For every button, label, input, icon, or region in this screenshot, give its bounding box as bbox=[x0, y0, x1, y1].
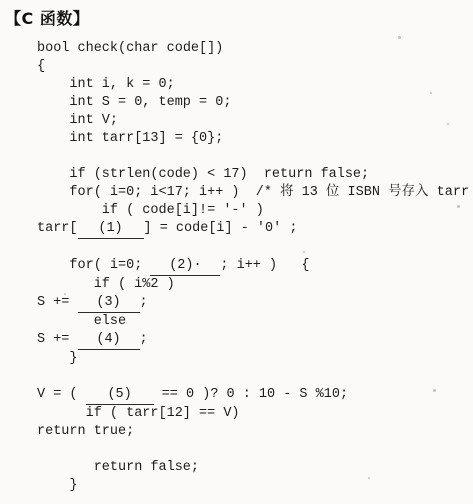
scan-speckle bbox=[303, 251, 305, 253]
code-text: int i, k = 0; bbox=[69, 77, 174, 92]
code-line: return true; bbox=[37, 423, 473, 441]
answer-blank-1: (1) bbox=[78, 220, 144, 239]
code-line bbox=[37, 368, 473, 386]
code-line: else bbox=[37, 313, 473, 331]
code-line: if ( i%2 ) bbox=[37, 276, 473, 294]
c-code-listing: bool check(char code[]){int i, k = 0;int… bbox=[37, 40, 473, 495]
code-line: if ( code[i]!= '-' ) bbox=[37, 202, 473, 220]
code-line: if ( tarr[12] == V) bbox=[37, 405, 473, 423]
code-line: for( i=0; (2)·; i++ ) { bbox=[37, 257, 473, 276]
code-line: int S = 0, temp = 0; bbox=[37, 94, 473, 112]
code-line: { bbox=[37, 58, 473, 76]
code-line: V = ( (5) == 0 )? 0 : 10 - S %10; bbox=[37, 386, 473, 405]
code-line: bool check(char code[]) bbox=[37, 40, 473, 58]
code-text: S += bbox=[37, 332, 78, 347]
code-text: ; bbox=[140, 295, 148, 310]
code-text: return false; bbox=[94, 460, 199, 475]
answer-blank-4: (4) bbox=[78, 331, 140, 350]
code-text: if ( code[i]!= '-' ) bbox=[102, 203, 264, 218]
code-line bbox=[37, 441, 473, 459]
code-text: == 0 )? 0 : 10 - S %10; bbox=[154, 387, 348, 402]
code-line: int tarr[13] = {0}; bbox=[37, 130, 473, 148]
code-text: for( i=0; bbox=[69, 258, 150, 273]
code-text: } bbox=[69, 478, 77, 493]
code-text: bool check(char code[]) bbox=[37, 41, 223, 56]
code-line: if (strlen(code) < 17) return false; bbox=[37, 166, 473, 184]
code-line: for( i=0; i<17; i++ ) /* 将 13 位 ISBN 号存入… bbox=[37, 184, 473, 202]
scan-speckle bbox=[457, 205, 460, 208]
code-text: { bbox=[37, 59, 45, 74]
answer-blank-5: (5) bbox=[86, 386, 154, 405]
code-text: V = ( bbox=[37, 387, 86, 402]
code-text: if (strlen(code) < 17) return false; bbox=[69, 167, 369, 182]
code-text: S += bbox=[37, 295, 78, 310]
answer-blank-3: (3) bbox=[78, 294, 140, 313]
code-text: return true; bbox=[37, 424, 134, 439]
code-text: int tarr[13] = {0}; bbox=[69, 131, 223, 146]
code-line bbox=[37, 239, 473, 257]
code-line: } bbox=[37, 477, 473, 495]
code-text: } bbox=[69, 351, 77, 366]
code-text: int V; bbox=[69, 113, 118, 128]
code-line: S += (3); bbox=[37, 294, 473, 313]
answer-blank-2: (2)· bbox=[150, 257, 220, 276]
scanned-document-page: 【C 函数】 bool check(char code[]){int i, k … bbox=[0, 0, 473, 504]
code-text: else bbox=[94, 314, 126, 329]
code-line: int i, k = 0; bbox=[37, 76, 473, 94]
section-title: 【C 函数】 bbox=[5, 6, 89, 29]
code-line bbox=[37, 148, 473, 166]
scan-speckle bbox=[64, 293, 66, 295]
scan-speckle bbox=[398, 36, 401, 39]
code-line: tarr[(1)] = code[i] - '0' ; bbox=[37, 220, 473, 239]
scan-speckle bbox=[368, 477, 370, 479]
code-text: ] = code[i] - '0' ; bbox=[144, 221, 298, 236]
code-line: int V; bbox=[37, 112, 473, 130]
code-line: S += (4); bbox=[37, 331, 473, 350]
scan-speckle bbox=[447, 123, 449, 125]
code-text: if ( tarr[12] == V) bbox=[86, 406, 240, 421]
code-text: ; bbox=[140, 332, 148, 347]
scan-speckle bbox=[433, 389, 436, 392]
code-text: ; i++ ) { bbox=[220, 258, 309, 273]
scan-speckle bbox=[430, 92, 432, 94]
code-text: tarr[ bbox=[37, 221, 78, 236]
code-text: if ( i%2 ) bbox=[94, 277, 175, 292]
code-text: int S = 0, temp = 0; bbox=[69, 95, 231, 110]
code-text: for( i=0; i<17; i++ ) /* 将 13 位 ISBN 号存入… bbox=[69, 185, 473, 200]
code-line: return false; bbox=[37, 459, 473, 477]
code-line: } bbox=[37, 350, 473, 368]
